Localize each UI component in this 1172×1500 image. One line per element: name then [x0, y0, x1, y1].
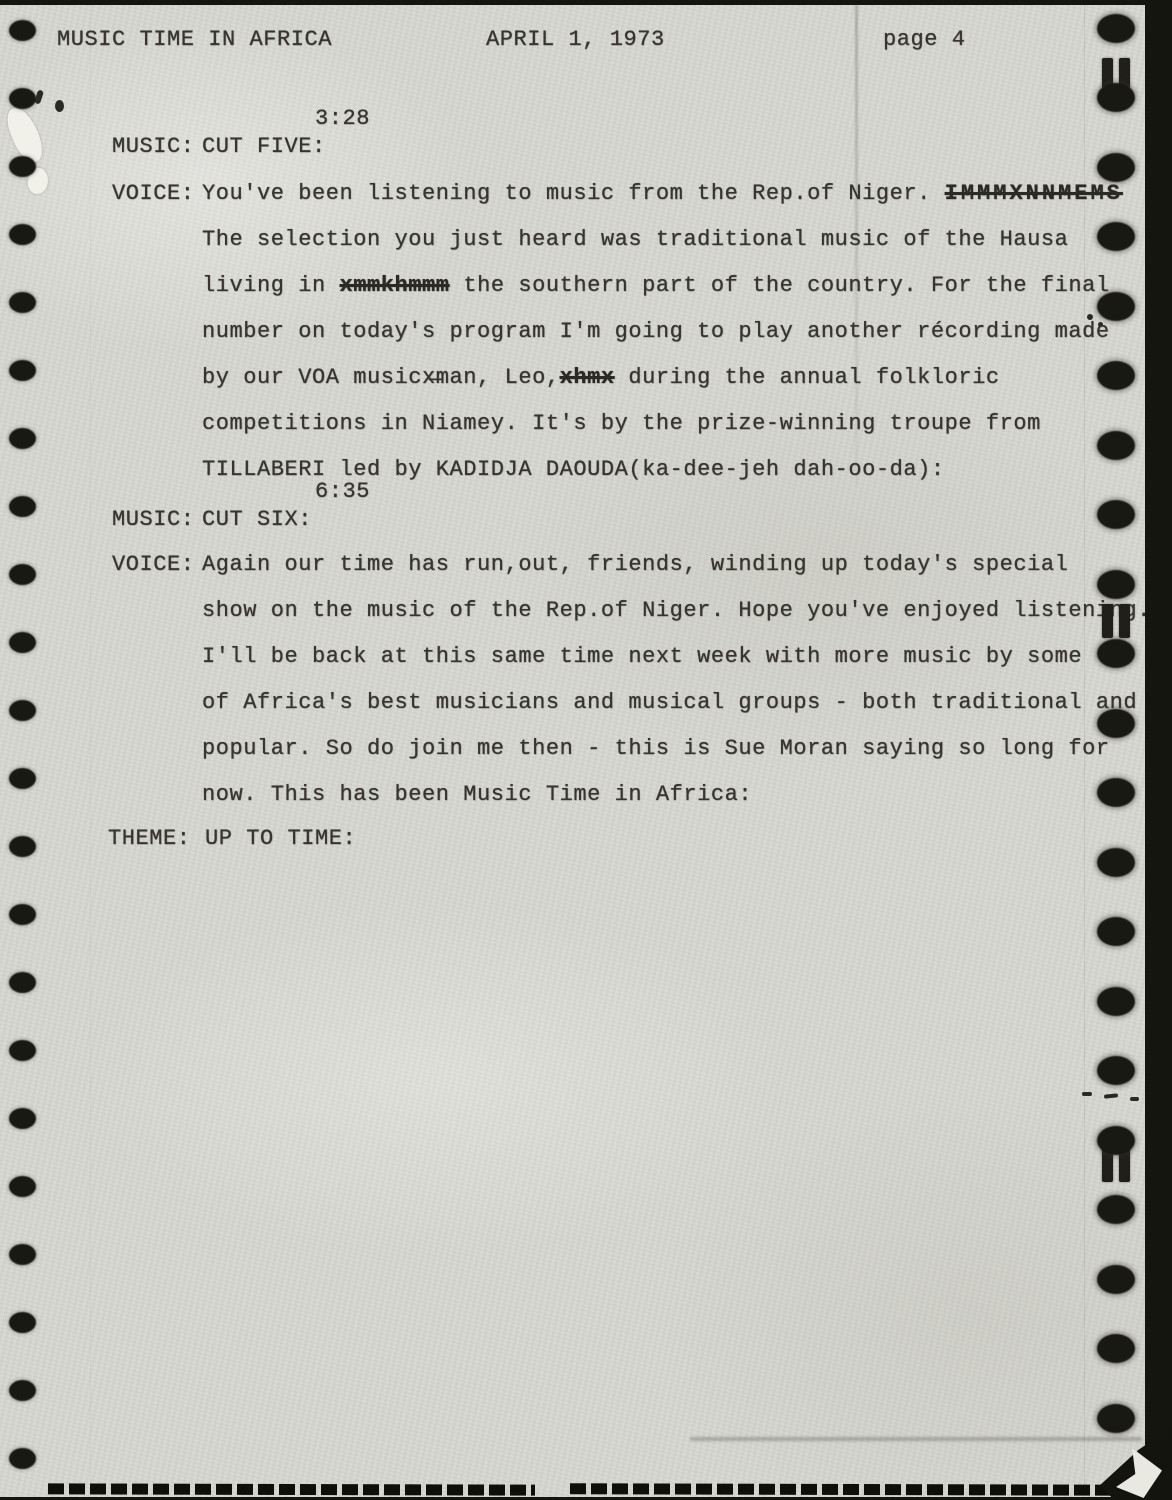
punch-hole [9, 156, 36, 177]
header-date: APRIL 1, 1973 [486, 26, 665, 54]
punch-hole [1097, 848, 1135, 877]
punch-hole [9, 428, 36, 449]
punch-hole [9, 1244, 36, 1265]
pencil-mark [1082, 1092, 1092, 1096]
punch-hole [9, 972, 36, 993]
page-number: page 4 [883, 26, 966, 54]
punch-hole [9, 632, 36, 653]
punch-hole [1097, 14, 1135, 43]
punch-hole [9, 1040, 36, 1061]
pencil-smudge [690, 1437, 1142, 1441]
punch-hole [1097, 292, 1135, 321]
punch-hole [1097, 1056, 1135, 1085]
punch-hole [9, 224, 36, 245]
punch-hole [1097, 917, 1135, 946]
punch-hole [9, 1108, 36, 1129]
punch-hole [1097, 778, 1135, 807]
perforation-edge [570, 1483, 1143, 1496]
punch-hole [9, 360, 36, 381]
punch-hole [1097, 431, 1135, 460]
punch-hole [1097, 153, 1135, 182]
punch-hole [9, 1312, 36, 1333]
punch-hole [1097, 1195, 1135, 1224]
cue-label: THEME: [108, 825, 205, 853]
punch-hole [1097, 83, 1135, 112]
punch-hole [9, 1176, 36, 1197]
punch-hole [1097, 500, 1135, 529]
cue-text: UP TO TIME: [205, 826, 356, 851]
header-title: MUSIC TIME IN AFRICA [57, 26, 332, 54]
pencil-mark [1130, 1097, 1139, 1101]
punch-hole [1097, 1404, 1135, 1433]
punch-hole [9, 768, 36, 789]
punch-hole [9, 1448, 36, 1469]
punch-hole [9, 496, 36, 517]
perforation-edge [48, 1483, 535, 1495]
cue-duration: 6:35 [315, 478, 370, 506]
punch-hole [1097, 1265, 1135, 1294]
document-scan: MUSIC TIME IN AFRICA APRIL 1, 1973 page … [0, 0, 1172, 1500]
cue-theme: THEME:UP TO TIME: [53, 797, 356, 881]
punch-hole [1097, 1126, 1135, 1155]
punch-hole [1097, 361, 1135, 390]
punch-hole [1097, 987, 1135, 1016]
punch-hole [9, 904, 36, 925]
registration-mark [1102, 604, 1132, 638]
punch-hole [9, 700, 36, 721]
punch-hole [1097, 709, 1135, 738]
punch-hole [9, 1380, 36, 1401]
punch-hole [1097, 222, 1135, 251]
punch-hole [9, 20, 36, 41]
punch-hole [9, 88, 36, 109]
punch-hole [1097, 639, 1135, 668]
punch-hole [9, 836, 36, 857]
punch-hole [9, 564, 36, 585]
cue-duration: 3:28 [315, 105, 370, 133]
punch-hole [9, 292, 36, 313]
punch-hole [1097, 1334, 1135, 1363]
punch-hole [1097, 570, 1135, 599]
